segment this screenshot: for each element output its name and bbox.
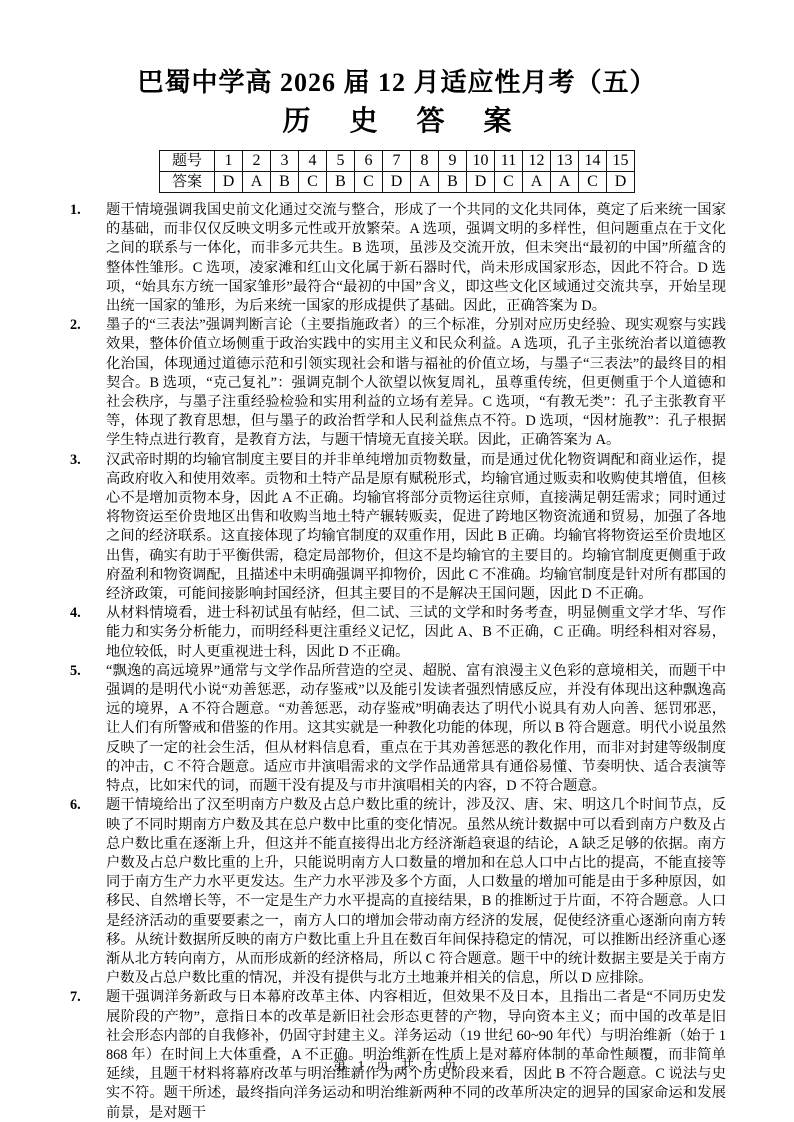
explanation-item: 1. 题干情境强调我国史前文化通过交流与整合，形成了一个共同的文化共同体，奠定了… (70, 201, 726, 316)
answer-cell: A (551, 172, 579, 193)
page-title: 巴蜀中学高 2026 届 12 月适应性月考（五） (0, 66, 794, 100)
explanation-item: 3. 汉武帝时期的均输官制度主要目的并非单纯增加贡物数量，而是通过优化物资调配和… (70, 451, 726, 605)
question-number-cell: 3 (271, 151, 299, 172)
question-number-cell: 10 (467, 151, 495, 172)
explanation-item: 5. “飘逸的高远境界”通常与文学作品所营造的空灵、超脱、富有浪漫主义色彩的意境… (70, 662, 726, 796)
explanation-text: 题干情境给出了汉至明南方户数及占总户数比重的统计，涉及汉、唐、宋、明这几个时间节… (106, 796, 726, 988)
explanation-number: 2. (70, 316, 106, 335)
answer-cell: B (271, 172, 299, 193)
answer-cell: D (383, 172, 411, 193)
explanation-number: 5. (70, 662, 106, 681)
answer-cell: B (327, 172, 355, 193)
explanations-list: 1. 题干情境强调我国史前文化通过交流与整合，形成了一个共同的文化共同体，奠定了… (68, 201, 726, 1122)
question-number-cell: 8 (411, 151, 439, 172)
answer-row: 答案 DABCBCDABDCAACD (160, 172, 635, 193)
explanation-text: 墨子的“三表法”强调判断言论（主要指施政者）的三个标准，分别对应历史经验、现实观… (106, 316, 726, 450)
question-number-cell: 5 (327, 151, 355, 172)
question-number-cell: 7 (383, 151, 411, 172)
question-number-cell: 6 (355, 151, 383, 172)
answer-row-label: 答案 (160, 172, 215, 193)
explanation-item: 6. 题干情境给出了汉至明南方户数及占总户数比重的统计，涉及汉、唐、宋、明这几个… (70, 796, 726, 988)
question-number-cell: 13 (551, 151, 579, 172)
answer-cell: D (215, 172, 243, 193)
explanation-text: 题干情境强调我国史前文化通过交流与整合，形成了一个共同的文化共同体，奠定了后来统… (106, 201, 726, 316)
question-number-cell: 9 (439, 151, 467, 172)
question-number-cell: 12 (523, 151, 551, 172)
answer-cell: D (467, 172, 495, 193)
question-number-row-label: 题号 (160, 151, 215, 172)
answer-cell: A (411, 172, 439, 193)
explanation-number: 7. (70, 988, 106, 1007)
explanation-number: 6. (70, 796, 106, 815)
question-number-cell: 2 (243, 151, 271, 172)
answer-cell: C (579, 172, 607, 193)
page-number-footer: 第 1 页 共 3 页 (0, 1054, 794, 1074)
answer-cell: A (523, 172, 551, 193)
explanation-text: “飘逸的高远境界”通常与文学作品所营造的空灵、超脱、富有浪漫主义色彩的意境相关，… (106, 662, 726, 796)
exam-answer-page: 巴蜀中学高 2026 届 12 月适应性月考（五） 历 史 答 案 题号 123… (0, 0, 794, 1122)
answer-cell: B (439, 172, 467, 193)
question-number-cell: 14 (579, 151, 607, 172)
answer-cell: D (607, 172, 635, 193)
answer-cell: C (355, 172, 383, 193)
question-number-row: 题号 123456789101112131415 (160, 151, 635, 172)
answer-key-table: 题号 123456789101112131415 答案 DABCBCDABDCA… (159, 150, 635, 193)
explanation-text: 从材料情境看，进士科初试虽有帖经，但二试、三试的文学和时务考查，明显侧重文学才华… (106, 604, 726, 662)
question-number-cell: 4 (299, 151, 327, 172)
explanation-number: 4. (70, 604, 106, 623)
explanation-item: 4. 从材料情境看，进士科初试虽有帖经，但二试、三试的文学和时务考查，明显侧重文… (70, 604, 726, 662)
explanation-item: 2. 墨子的“三表法”强调判断言论（主要指施政者）的三个标准，分别对应历史经验、… (70, 316, 726, 450)
explanation-number: 3. (70, 451, 106, 470)
question-number-cell: 11 (495, 151, 523, 172)
explanation-text: 汉武帝时期的均输官制度主要目的并非单纯增加贡物数量，而是通过优化物资调配和商业运… (106, 451, 726, 605)
subject-subtitle: 历 史 答 案 (0, 104, 794, 140)
answer-cell: C (299, 172, 327, 193)
explanation-number: 1. (70, 201, 106, 220)
question-number-cell: 1 (215, 151, 243, 172)
answer-cell: A (243, 172, 271, 193)
question-number-cell: 15 (607, 151, 635, 172)
answer-cell: C (495, 172, 523, 193)
